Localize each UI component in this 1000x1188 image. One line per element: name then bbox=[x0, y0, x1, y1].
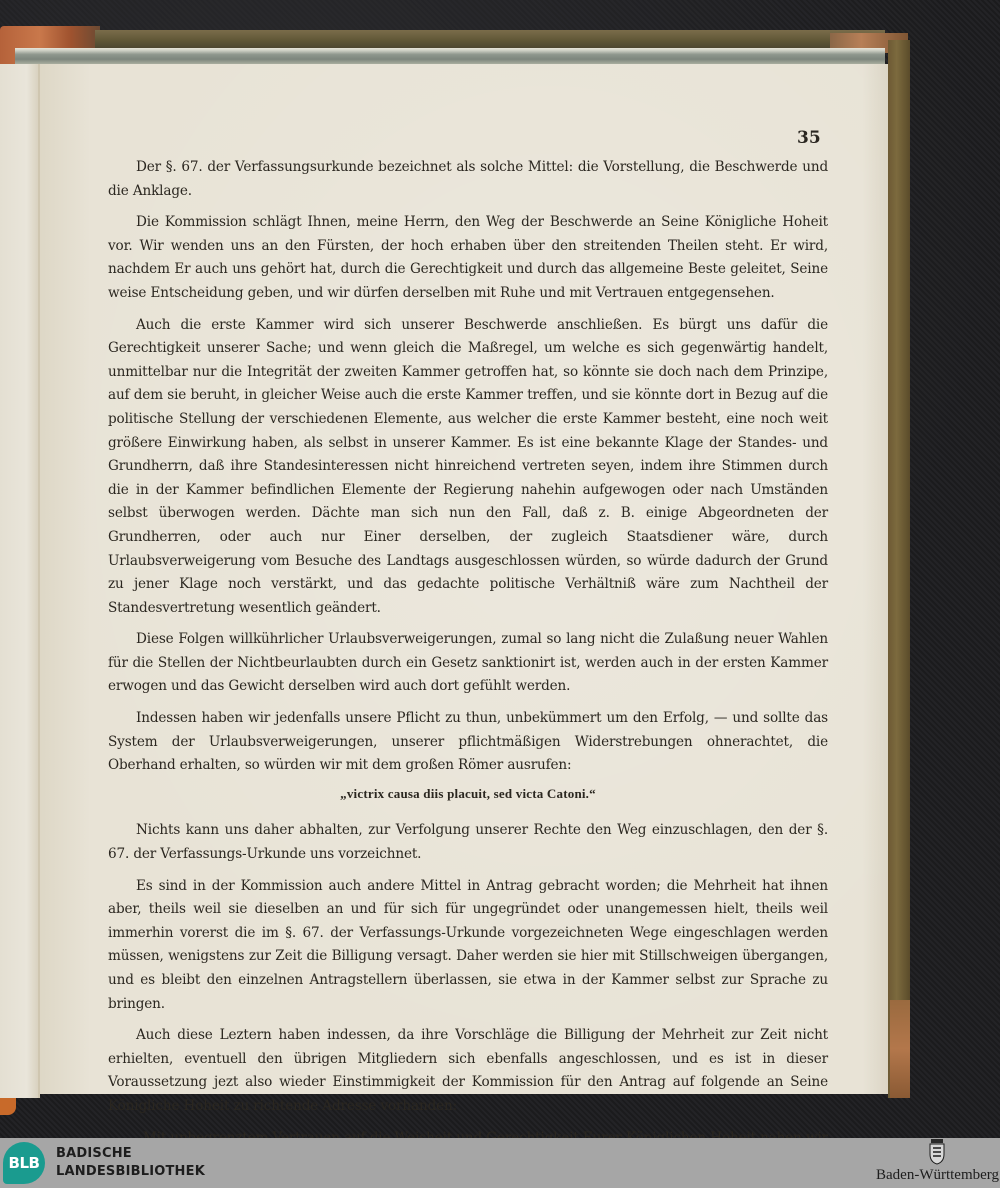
book-cover-bottom-right-edge bbox=[890, 1000, 910, 1098]
paragraph: Nichts kann uns daher abhalten, zur Verf… bbox=[108, 819, 828, 866]
coat-of-arms-icon bbox=[928, 1139, 946, 1165]
page-text: Der §. 67. der Verfassungsurkunde bezeic… bbox=[108, 156, 828, 1158]
blb-logo-badge[interactable]: BLB bbox=[3, 1142, 45, 1184]
previous-page-edge bbox=[0, 64, 40, 1098]
book-cover-right-edge bbox=[888, 40, 910, 1098]
paragraph: Diese Folgen willkührlicher Urlaubsverwe… bbox=[108, 628, 828, 699]
latin-quote: „victrix causa diis placuit, sed victa C… bbox=[108, 782, 828, 806]
state-name[interactable]: Baden-Württemberg bbox=[876, 1167, 999, 1184]
page-number: 35 bbox=[797, 128, 821, 148]
library-name-line1: BADISCHE bbox=[56, 1145, 205, 1163]
paragraph: Auch die erste Kammer wird sich unserer … bbox=[108, 314, 828, 621]
book-cover-bottom-left-edge bbox=[0, 1095, 16, 1115]
paragraph: Es sind in der Kommission auch andere Mi… bbox=[108, 875, 828, 1017]
page-top-rail bbox=[15, 48, 885, 64]
library-name[interactable]: BADISCHE LANDESBIBLIOTHEK bbox=[56, 1145, 205, 1181]
book-cover-top-edge bbox=[95, 30, 885, 48]
paragraph: Auch diese Leztern haben indessen, da ih… bbox=[108, 1024, 828, 1118]
paragraph: Indessen haben wir jedenfalls unsere Pfl… bbox=[108, 707, 828, 778]
scan-viewport[interactable]: 35 Der §. 67. der Verfassungsurkunde bez… bbox=[0, 0, 1000, 1138]
paragraph: Der §. 67. der Verfassungsurkunde bezeic… bbox=[108, 156, 828, 203]
paragraph: Die Kommission schlägt Ihnen, meine Herr… bbox=[108, 211, 828, 305]
library-name-line2: LANDESBIBLIOTHEK bbox=[56, 1163, 205, 1181]
